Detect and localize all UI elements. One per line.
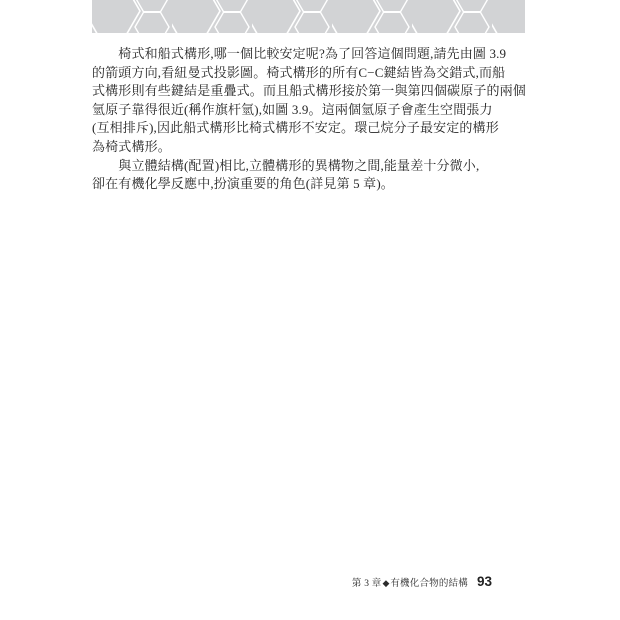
hexagon-pattern-banner	[92, 0, 525, 33]
book-page: 椅式和船式構形,哪一個比較安定呢?為了回答這個問題,請先由圖 3.9 的箭頭方向…	[0, 0, 620, 620]
page-body: 椅式和船式構形,哪一個比較安定呢?為了回答這個問題,請先由圖 3.9 的箭頭方向…	[92, 45, 542, 194]
section-title: 有機化合物的結構	[390, 575, 468, 589]
page-number: 93	[477, 574, 492, 589]
paragraph-1: 椅式和船式構形,哪一個比較安定呢?為了回答這個問題,請先由圖 3.9 的箭頭方向…	[92, 45, 542, 157]
page-footer: 第 3 章 ◆ 有機化合物的結構 93	[352, 574, 492, 589]
paragraph-2: 與立體結構(配置)相比,立體構形的異構物之間,能量差十分微小, 卻在有機化學反應…	[92, 157, 542, 194]
diamond-icon: ◆	[382, 578, 389, 589]
hexagon-pattern-graphic	[92, 0, 525, 33]
chapter-label: 第 3 章	[352, 575, 382, 589]
